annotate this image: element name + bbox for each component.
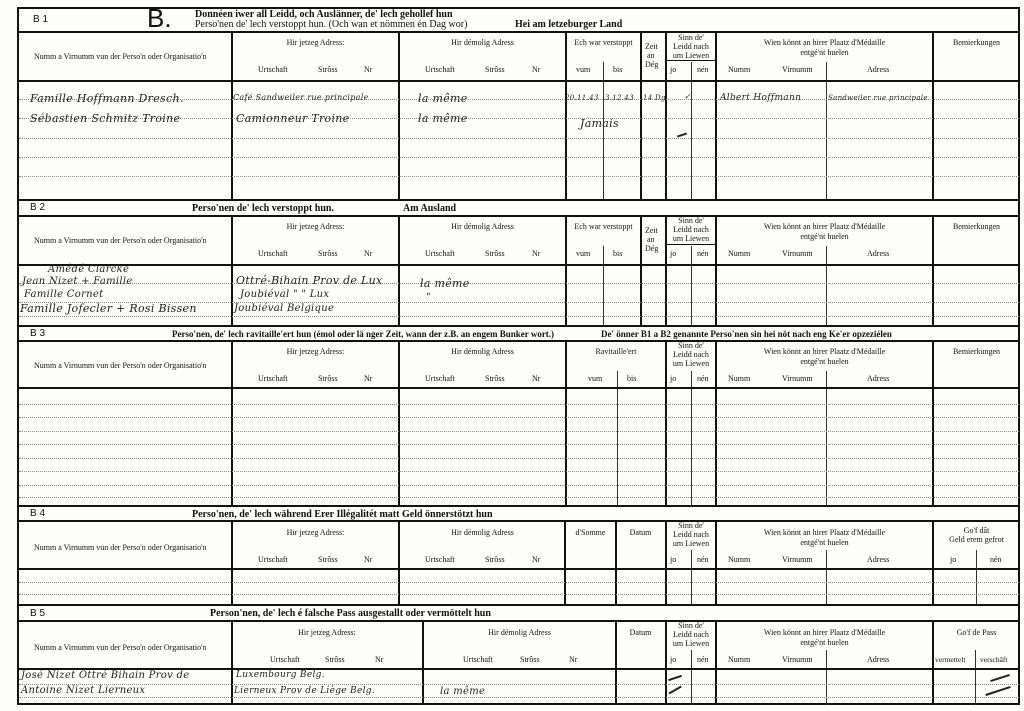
- former-address-header: Hir démolig Adress: [400, 38, 565, 47]
- bis-header: bis: [627, 374, 636, 383]
- table-cell-vum: Jamais: [580, 117, 619, 130]
- jo-header: jo: [670, 555, 676, 564]
- name-header: Numm a Virnumm vun der Perso'n oder Orga…: [34, 543, 207, 552]
- asked-header: Go'f dât: [934, 526, 1019, 535]
- urtschaft-header: Urtschaft: [463, 655, 493, 664]
- virnumm-header: Virnumm: [782, 249, 813, 258]
- nr-header: Nr: [364, 555, 372, 564]
- pass-header: Go'f de Pass: [934, 628, 1019, 637]
- zeit-header: Zeit: [645, 226, 658, 235]
- table-cell-former-address: la même: [440, 686, 485, 697]
- section-title: Perso'nen, de' lech während Erer Illégal…: [192, 509, 493, 520]
- current-address-header: Hir jetzeg Adress:: [232, 628, 422, 637]
- jo-header: jo: [670, 655, 676, 664]
- medal-header-2: entgé'nt huelen: [716, 638, 933, 647]
- table-cell-former-address: la même: [418, 92, 468, 105]
- stross-header: Strôss: [318, 65, 338, 74]
- medal-header: Wien könnt an hirer Plaatz d'Médaille: [716, 528, 933, 537]
- numm-header: Numm: [728, 374, 750, 383]
- urtschaft-header: Urtschaft: [425, 555, 455, 564]
- numm-header: Numm: [728, 65, 750, 74]
- adress-header: Adress: [867, 555, 889, 564]
- table-cell-name: Amédé Clarcke: [48, 264, 129, 275]
- virnumm-header: Virnumm: [782, 555, 813, 564]
- virnumm-header: Virnumm: [782, 374, 813, 383]
- nr-header: Nr: [532, 555, 540, 564]
- table-cell-name: Jean Nizet + Famille: [22, 276, 133, 287]
- alive-header: Sinn de': [666, 521, 716, 530]
- nr-header: Nr: [532, 374, 540, 383]
- adress-header: Adress: [867, 374, 889, 383]
- bis-header: bis: [613, 249, 622, 258]
- name-header: Numm a Virnumm vun der Perso'n oder Orga…: [34, 52, 207, 61]
- section-title-right: Hei am letzeburger Land: [515, 19, 622, 30]
- nen-header: nén: [697, 374, 709, 383]
- table-cell-current-address: Camionneur Troine: [236, 112, 350, 125]
- nen-header: nén: [697, 65, 709, 74]
- numm-header: Numm: [728, 655, 750, 664]
- zeit-header-2: an: [647, 235, 655, 244]
- table-cell-name: Famille Cornet: [24, 289, 103, 300]
- nr-header: Nr: [364, 249, 372, 258]
- date-header: Datum: [616, 628, 665, 637]
- numm-header: Numm: [728, 249, 750, 258]
- alive-header-3: um Liewen: [666, 51, 716, 60]
- asked-header-2: Geld erem gefrot: [934, 535, 1019, 544]
- stross-header: Strôss: [325, 655, 345, 664]
- remarks-header: Bemierkungen: [934, 222, 1019, 231]
- nen-header: nén: [697, 249, 709, 258]
- vermettelt-header: vermettelt: [935, 655, 965, 664]
- name-header: Numm a Virnumm vun der Perso'n oder Orga…: [34, 643, 207, 652]
- verschaft-header: verschâft: [980, 655, 1007, 664]
- jo-header: jo: [950, 555, 956, 564]
- urtschaft-header: Urtschaft: [425, 374, 455, 383]
- former-address-header: Hir démolig Adress: [424, 628, 615, 637]
- stross-header: Strôss: [520, 655, 540, 664]
- former-address-header: Hir démolig Adress: [400, 528, 565, 537]
- former-address-header: Hir démolig Adress: [400, 222, 565, 231]
- adress-header: Adress: [867, 655, 889, 664]
- section-code: B 3: [30, 328, 45, 339]
- nr-header: Nr: [532, 249, 540, 258]
- zeit-header-3: Dég: [645, 244, 658, 253]
- alive-header-3: um Liewen: [666, 639, 716, 648]
- stross-header: Strôss: [485, 555, 505, 564]
- nr-header: Nr: [375, 655, 383, 664]
- alive-header-2: Leidd nach: [666, 225, 716, 234]
- table-cell-name: José Nizet Ottré Bihain Prov de: [21, 670, 189, 681]
- current-address-header: Hir jetzeg Adress:: [232, 528, 399, 537]
- nen-header: nén: [990, 555, 1002, 564]
- table-cell-current-address: Ottré-Bihain Prov de Lux: [236, 274, 383, 287]
- table-cell-vum: 20.11.43: [565, 94, 599, 102]
- nr-header: Nr: [569, 655, 577, 664]
- section-code: B 4: [30, 508, 45, 519]
- hidden-header: Ech war verstoppt: [566, 38, 641, 47]
- table-cell-bis: 3.12.43: [605, 94, 634, 102]
- nr-header: Nr: [364, 65, 372, 74]
- current-address-header: Hir jetzeg Adress:: [232, 222, 399, 231]
- table-cell-name: Famille Hoffmann Dresch.: [30, 92, 184, 105]
- section-title: Perso'nen, de' lech ravitaille'ert hun (…: [172, 329, 554, 340]
- bis-header: bis: [613, 65, 622, 74]
- alive-header-2: Leidd nach: [666, 630, 716, 639]
- vum-header: vum: [576, 65, 590, 74]
- stross-header: Strôss: [485, 65, 505, 74]
- virnumm-header: Virnumm: [782, 65, 813, 74]
- sum-header: d'Somme: [565, 528, 616, 537]
- vum-header: vum: [576, 249, 590, 258]
- medal-header: Wien könnt an hirer Plaatz d'Médaille: [716, 347, 933, 356]
- table-cell-current-address: Luxembourg Belg.: [236, 670, 325, 680]
- alive-header-2: Leidd nach: [666, 350, 716, 359]
- section-title-right: Am Ausland: [403, 203, 456, 214]
- medal-header: Wien könnt an hirer Plaatz d'Médaille: [716, 38, 933, 47]
- zeit-header: Zeit: [645, 42, 658, 51]
- table-cell-medal-name: Albert Hoffmann: [720, 93, 801, 103]
- medal-header: Wien könnt an hirer Plaatz d'Médaille: [716, 222, 933, 231]
- urtschaft-header: Urtschaft: [258, 65, 288, 74]
- urtschaft-header: Urtschaft: [425, 249, 455, 258]
- nen-header: nén: [697, 655, 709, 664]
- medal-header-2: entgé'nt huelen: [716, 48, 933, 57]
- section-code: B 2: [30, 202, 45, 213]
- alive-header-2: Leidd nach: [666, 530, 716, 539]
- name-header: Numm a Virnumm vun der Perso'n oder Orga…: [34, 361, 207, 370]
- jo-header: jo: [670, 249, 676, 258]
- date-header: Datum: [616, 528, 665, 537]
- remarks-header: Bemierkungen: [934, 347, 1019, 356]
- table-cell-current-address: Lierneux Prov de Liège Belg.: [234, 686, 375, 696]
- section-title-right: De' önner B1 a B2 genannte Perso'nen sin…: [601, 329, 892, 340]
- jo-header: jo: [670, 65, 676, 74]
- alive-header-3: um Liewen: [666, 359, 716, 368]
- medal-header-2: entgé'nt huelen: [716, 232, 933, 241]
- table-cell-current-address: Café Sandweiler rue principale: [233, 93, 369, 102]
- table-cell-former-address: la même: [420, 277, 470, 290]
- table-cell-current-address: Joubiéval Belgique: [234, 303, 334, 314]
- current-address-header: Hir jetzeg Adress:: [232, 347, 399, 356]
- numm-header: Numm: [728, 555, 750, 564]
- supplied-header: Ravitaille'ert: [566, 347, 666, 356]
- nr-header: Nr: [532, 65, 540, 74]
- section-title: Perso'nen de' lech verstoppt hun.: [192, 203, 334, 214]
- table-cell-zeit: 14 Dg: [643, 94, 666, 102]
- hidden-header: Ech war verstoppt: [566, 222, 641, 231]
- virnumm-header: Virnumm: [782, 655, 813, 664]
- urtschaft-header: Urtschaft: [258, 374, 288, 383]
- nr-header: Nr: [364, 374, 372, 383]
- urtschaft-header: Urtschaft: [425, 65, 455, 74]
- stross-header: Strôss: [318, 249, 338, 258]
- alive-header-3: um Liewen: [666, 234, 716, 243]
- medal-header: Wien könnt an hirer Plaatz d'Médaille: [716, 628, 933, 637]
- alive-header-3: um Liewen: [666, 539, 716, 548]
- stross-header: Strôss: [318, 374, 338, 383]
- table-cell-name: Sébastien Schmitz Troine: [30, 112, 180, 125]
- form-letter: B.: [147, 3, 172, 34]
- adress-header: Adress: [867, 249, 889, 258]
- adress-header: Adress: [867, 65, 889, 74]
- section-title-line2: Perso'nen de' lech verstoppt hun. (Och w…: [195, 19, 467, 30]
- name-header: Numm a Virnumm vun der Perso'n oder Orga…: [34, 236, 207, 245]
- table-cell-name: Antoine Nizet Lierneux: [21, 685, 145, 696]
- alive-header: Sinn de': [666, 33, 716, 42]
- table-cell-jo: ✓: [684, 92, 691, 101]
- urtschaft-header: Urtschaft: [258, 249, 288, 258]
- urtschaft-header: Urtschaft: [258, 555, 288, 564]
- current-address-header: Hir jetzeg Adress:: [232, 38, 399, 47]
- alive-header: Sinn de': [666, 341, 716, 350]
- urtschaft-header: Urtschaft: [270, 655, 300, 664]
- medal-header-2: entgé'nt huelen: [716, 538, 933, 547]
- stross-header: Strôss: [485, 249, 505, 258]
- medal-header-2: entgé'nt huelen: [716, 357, 933, 366]
- nen-header: nén: [697, 555, 709, 564]
- table-cell-former-address: ": [426, 292, 431, 303]
- stross-header: Strôss: [485, 374, 505, 383]
- table-cell-name: Famille Jofecler + Rosi Bissen: [20, 302, 197, 315]
- section-code: B 5: [30, 608, 45, 619]
- section-code: B 1: [33, 14, 48, 25]
- table-cell-current-address: Joubiéval " " Lux: [240, 289, 329, 300]
- alive-header: Sinn de': [666, 216, 716, 225]
- stross-header: Strôss: [318, 555, 338, 564]
- table-cell-medal-address: Sandweiler rue principale: [828, 94, 928, 102]
- zeit-header-3: Dég: [645, 60, 658, 69]
- jo-header: jo: [670, 374, 676, 383]
- vum-header: vum: [588, 374, 602, 383]
- alive-header: Sinn de': [666, 621, 716, 630]
- remarks-header: Bemierkungen: [934, 38, 1019, 47]
- former-address-header: Hir démolig Adress: [400, 347, 565, 356]
- alive-header-2: Leidd nach: [666, 42, 716, 51]
- zeit-header-2: an: [647, 51, 655, 60]
- section-title: Person'nen, de' lech é falsche Pass ausg…: [210, 608, 491, 619]
- table-cell-former-address: la même: [418, 112, 468, 125]
